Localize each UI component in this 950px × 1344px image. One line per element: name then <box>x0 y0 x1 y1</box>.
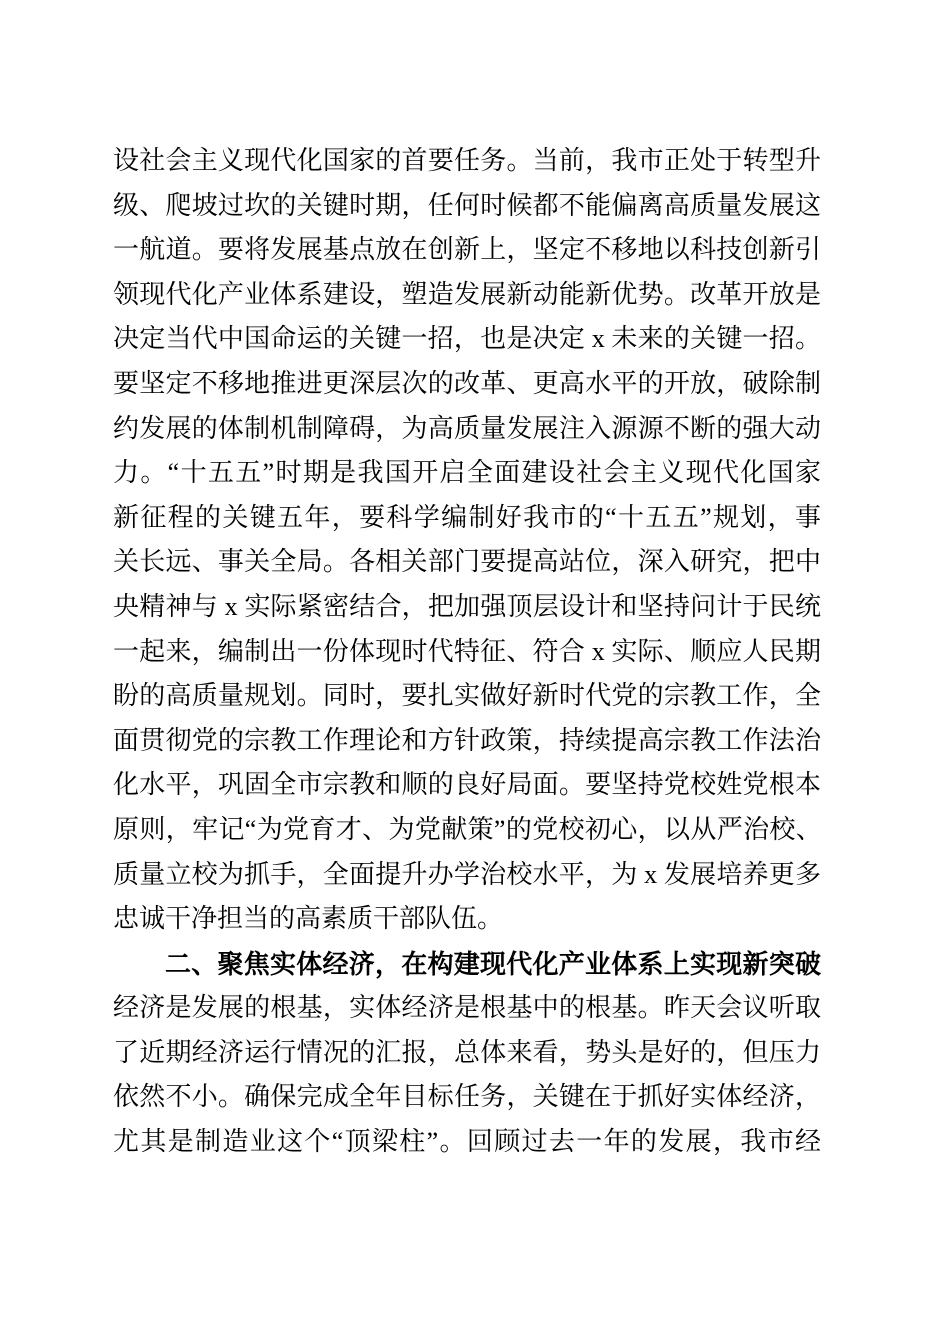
text-line: 质量立校为抓手，全面提升办学治校水平，为 x 发展培养更多 <box>113 853 821 898</box>
text-line: 要坚定不移地推进更深层次的改革、更高水平的开放，破除制 <box>113 362 821 407</box>
document-page: 设社会主义现代化国家的首要任务。当前，我市正处于转型升 级、爬坡过坎的关键时期，… <box>0 0 950 1344</box>
text-line: 决定当代中国命运的关键一招，也是决定 x 未来的关键一招。 <box>113 317 821 362</box>
text-line: 面贯彻党的宗教工作理论和方针政策，持续提高宗教工作法治 <box>113 719 821 764</box>
text-line: 一航道。要将发展基点放在创新上，坚定不移地以科技创新引 <box>113 228 821 273</box>
text-line: 盼的高质量规划。同时，要扎实做好新时代党的宗教工作，全 <box>113 674 821 719</box>
text-line: 关长远、事关全局。各相关部门要提高站位，深入研究，把中 <box>113 540 821 585</box>
text-line: 化水平，巩固全市宗教和顺的良好局面。要坚持党校姓党根本 <box>113 763 821 808</box>
page-content: 设社会主义现代化国家的首要任务。当前，我市正处于转型升 级、爬坡过坎的关键时期，… <box>113 139 821 1165</box>
section: 二、聚焦实体经济，在构建现代化产业体系上实现新突破 <box>113 942 821 987</box>
text-line: 经济是发展的根基，实体经济是根基中的根基。昨天会议听取 <box>113 986 821 1031</box>
body-paragraph: 经济是发展的根基，实体经济是根基中的根基。昨天会议听取 了近期经济运行情况的汇报… <box>113 986 821 1164</box>
section-heading: 二、聚焦实体经济，在构建现代化产业体系上实现新突破 <box>113 942 821 987</box>
text-line: 忠诚干净担当的高素质干部队伍。 <box>113 897 821 942</box>
text-line: 依然不小。确保完成全年目标任务，关键在于抓好实体经济， <box>113 1075 821 1120</box>
text-line: 尤其是制造业这个“顶梁柱”。回顾过去一年的发展，我市经 <box>113 1120 821 1165</box>
text-line: 级、爬坡过坎的关键时期，任何时候都不能偏离高质量发展这 <box>113 184 821 229</box>
text-line: 领现代化产业体系建设，塑造发展新动能新优势。改革开放是 <box>113 273 821 318</box>
text-line: 约发展的体制机制障碍，为高质量发展注入源源不断的强大动 <box>113 407 821 452</box>
text-line: 了近期经济运行情况的汇报，总体来看，势头是好的，但压力 <box>113 1031 821 1076</box>
text-line: 一起来，编制出一份体现时代特征、符合 x 实际、顺应人民期 <box>113 630 821 675</box>
text-line: 央精神与 x 实际紧密结合，把加强顶层设计和坚持问计于民统 <box>113 585 821 630</box>
text-line: 力。“十五五”时期是我国开启全面建设社会主义现代化国家 <box>113 451 821 496</box>
text-line: 新征程的关键五年，要科学编制好我市的“十五五”规划，事 <box>113 496 821 541</box>
body-paragraph-continuation: 设社会主义现代化国家的首要任务。当前，我市正处于转型升 级、爬坡过坎的关键时期，… <box>113 139 821 942</box>
text-line: 设社会主义现代化国家的首要任务。当前，我市正处于转型升 <box>113 139 821 184</box>
text-line: 原则，牢记“为党育才、为党献策”的党校初心，以从严治校、 <box>113 808 821 853</box>
